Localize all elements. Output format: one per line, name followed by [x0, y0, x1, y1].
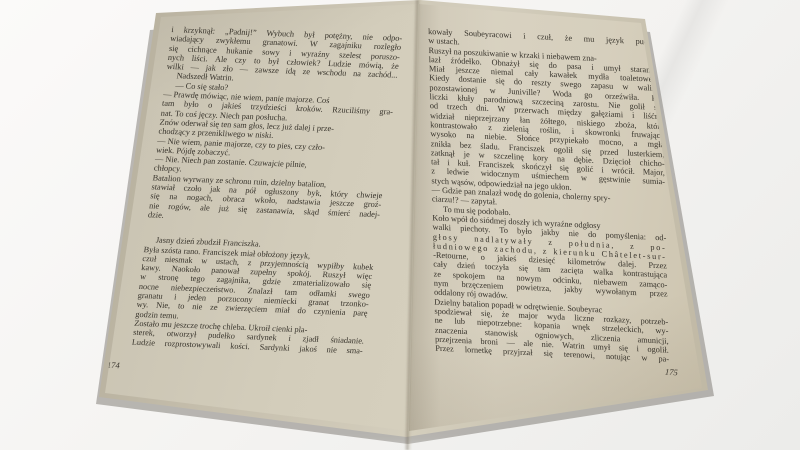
right-page-number: 175: [665, 367, 678, 378]
left-page-text: i krzyknął: „Padnij!” Wybuch był potężny…: [131, 25, 402, 355]
right-page-text: kowały Soubeyracowi i czuł, że mu język …: [428, 27, 669, 364]
photo-backdrop: i krzyknął: „Padnij!” Wybuch był potężny…: [0, 0, 800, 450]
